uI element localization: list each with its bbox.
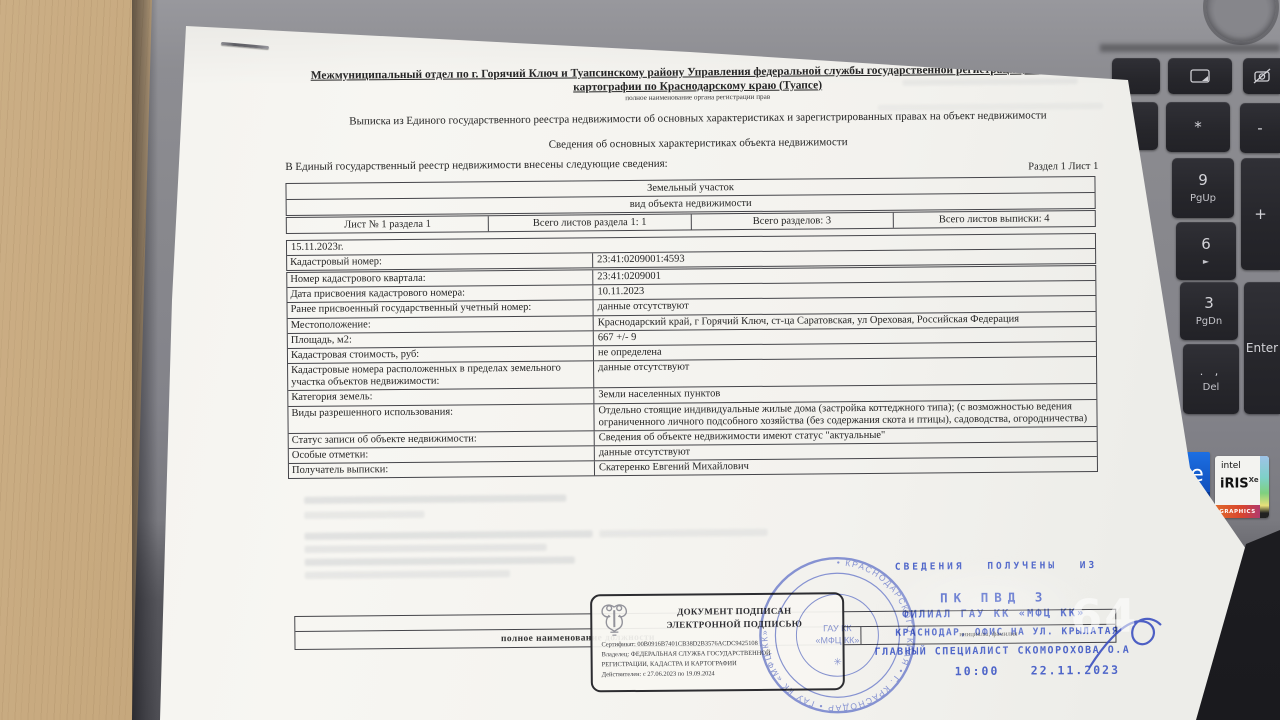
key-label: * xyxy=(1194,120,1202,135)
bleed-through-text xyxy=(304,495,566,504)
laptop-hinge-shadow xyxy=(1100,44,1280,52)
key-sublabel: Del xyxy=(1203,383,1220,393)
object-type-caption: вид объекта недвижимости xyxy=(630,198,752,211)
key-sublabel: ► xyxy=(1203,258,1209,266)
stamp-center-line1: ГАУ КК xyxy=(823,623,852,633)
key-label: 6 xyxy=(1201,237,1211,252)
bleed-through-text xyxy=(304,511,424,519)
document-content: Межмуниципальный отдел по г. Горячий Клю… xyxy=(0,0,1280,720)
iris-text: iRISXe xyxy=(1220,476,1259,491)
numpad-9-key: 9 PgUp xyxy=(1172,158,1234,218)
laptop-left-edge xyxy=(132,0,158,720)
numpad-3-key: 3 PgDn xyxy=(1180,282,1238,340)
row-label: Кадастровые номера расположенных в преде… xyxy=(288,361,594,390)
photo-of-document-on-desk: * - 9 PgUp + 6 ► 3 PgDn Enter . , Del e … xyxy=(0,0,1280,720)
display-icon xyxy=(1189,68,1211,84)
key-label: Enter xyxy=(1246,342,1278,354)
numpad-6-key: 6 ► xyxy=(1176,222,1236,280)
row-label: Местоположение: xyxy=(288,316,594,333)
numpad-enter-key: Enter xyxy=(1244,282,1280,414)
row-value: данные отсутствуют xyxy=(594,357,1096,388)
stamp-asterisk: ✳ xyxy=(833,657,841,668)
bleed-through-text xyxy=(305,570,510,579)
object-type: Земельный участок xyxy=(647,182,734,195)
sheet-counter-cell: Всего листов раздела 1: 1 xyxy=(489,214,691,231)
xe-superscript: Xe xyxy=(1249,476,1259,484)
key-label: 3 xyxy=(1204,296,1214,311)
row-label: Статус записи об объекте недвижимости: xyxy=(289,431,595,448)
section-sheet-ref: Раздел 1 Лист 1 xyxy=(898,161,1098,174)
row-label: Категория земель: xyxy=(288,389,594,406)
numpad-multiply-key: * xyxy=(1166,102,1230,152)
row-label: Получатель выписки: xyxy=(289,462,595,479)
sheet-counter-cell: Всего листов выписки: 4 xyxy=(893,211,1094,228)
coat-of-arms-icon xyxy=(599,601,629,637)
row-label: Виды разрешенного использования: xyxy=(288,404,594,433)
iris-sticker-gradient-strip xyxy=(1260,456,1269,518)
row-label: Кадастровый номер: xyxy=(287,254,593,271)
row-label: Особые отметки: xyxy=(289,446,595,463)
numpad-plus-key: + xyxy=(1241,158,1280,270)
key-sublabel: PgUp xyxy=(1190,194,1216,204)
row-label: Дата присвоения кадастрового номера: xyxy=(287,286,593,303)
key-sublabel: PgDn xyxy=(1196,317,1222,327)
row-label: Площадь, м2: xyxy=(288,331,594,348)
camera-off-icon xyxy=(1252,67,1272,85)
sheet-counter-cell: Всего разделов: 3 xyxy=(691,213,893,230)
bleed-through-text xyxy=(305,544,547,553)
row-label: Кадастровая стоимость, руб: xyxy=(288,346,594,363)
key-label: + xyxy=(1254,207,1267,222)
numpad-del-key: . , Del xyxy=(1183,344,1239,414)
intel-logo-text: intel xyxy=(1221,461,1241,471)
screen-toggle-key xyxy=(1168,58,1232,94)
row-value: Отдельно стоящие индивидуальные жилые до… xyxy=(594,400,1096,431)
camera-off-key xyxy=(1243,58,1280,94)
key-label: 9 xyxy=(1198,173,1208,188)
bleed-through-text xyxy=(305,530,593,540)
intel-iris-xe-sticker: intel iRISXe GRAPHICS xyxy=(1215,456,1269,518)
document-subtitle: Сведения об основных характеристиках объ… xyxy=(293,134,1103,153)
document-title: Выписка из Единого государственного реес… xyxy=(293,109,1103,128)
key-label: - xyxy=(1257,121,1262,136)
numpad-minus-key: - xyxy=(1240,103,1280,153)
paper-sheet: Межмуниципальный отдел по г. Горячий Клю… xyxy=(0,0,1280,720)
characteristics-table: Номер кадастрового квартала:23:41:020900… xyxy=(286,265,1098,479)
watermark-64: 64 xyxy=(1070,589,1138,644)
key-label: . , xyxy=(1200,366,1223,377)
bleed-through-text xyxy=(599,529,767,537)
bleed-through-text xyxy=(305,557,575,566)
stamp-center-line2: «МФЦ КК» xyxy=(815,635,859,645)
stamp-time: 10:00 xyxy=(955,664,1000,678)
row-label: Ранее присвоенный государственный учетны… xyxy=(288,301,594,318)
extract-date: 15.11.2023г. xyxy=(287,240,348,255)
row-label: Номер кадастрового квартала: xyxy=(287,270,593,287)
iris-label: iRIS xyxy=(1220,476,1249,491)
row-value: Скатеренко Евгений Михайлович xyxy=(595,457,1097,476)
sheet-counter-cell: Лист № 1 раздела 1 xyxy=(287,216,489,233)
intro-line: В Единый государственный реестр недвижим… xyxy=(285,158,667,173)
